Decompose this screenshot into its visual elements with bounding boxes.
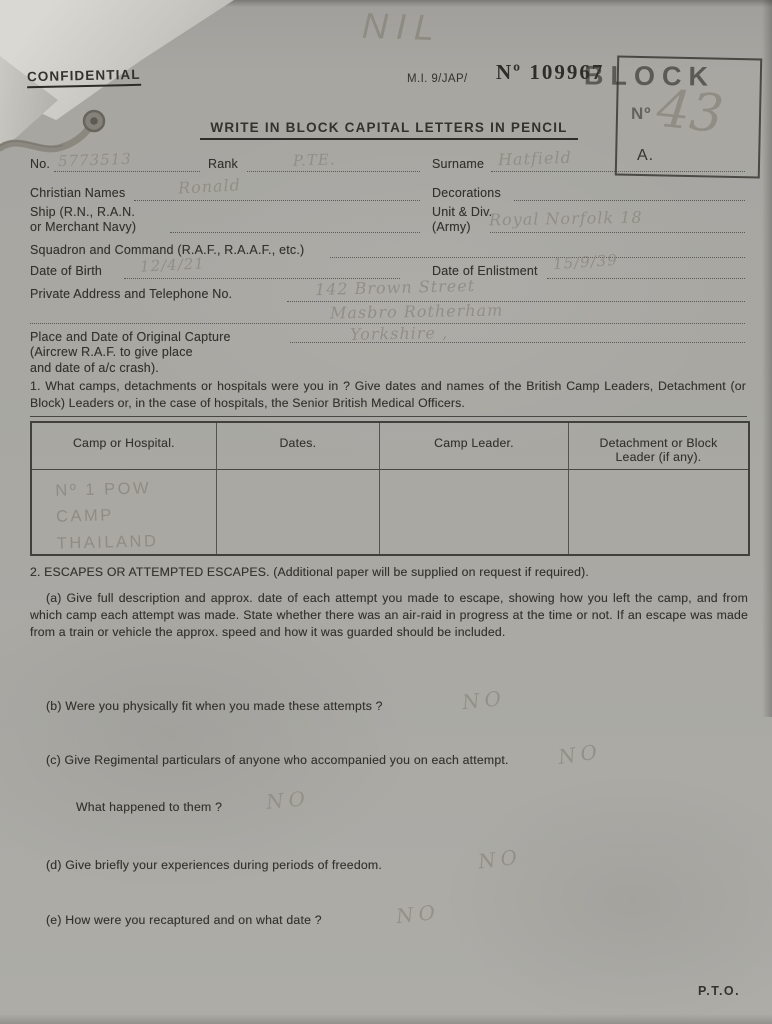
question-2c-label: (c) Give Regimental particulars of anyon… bbox=[46, 753, 509, 768]
answer-2c: NO bbox=[557, 739, 604, 769]
answer-2d: NO bbox=[477, 844, 524, 873]
address-value-line3: Yorkshire , bbox=[350, 323, 448, 344]
right-edge-shadow bbox=[762, 0, 772, 717]
question-2-heading: 2. ESCAPES OR ATTEMPTED ESCAPES. (Additi… bbox=[30, 564, 746, 581]
unit-div-line bbox=[490, 231, 745, 233]
surname-value: Hatfield bbox=[498, 148, 572, 170]
question-2e-label: (e) How were you recaptured and on what … bbox=[46, 913, 322, 928]
camp-entry-handwritten: Nº 1 POW CAMP THAILAND bbox=[31, 468, 217, 558]
rank-line bbox=[247, 170, 420, 172]
treasury-tag-string bbox=[0, 98, 150, 168]
question-2a-text: (a) Give full description and approx. da… bbox=[30, 590, 748, 641]
pto-marking: P.T.O. bbox=[698, 984, 740, 998]
question-2c2-label: What happened to them ? bbox=[76, 800, 222, 815]
address-line-1 bbox=[287, 300, 745, 302]
ship-line bbox=[170, 231, 420, 233]
decorations-line bbox=[514, 199, 745, 201]
answer-2e: NO bbox=[395, 900, 441, 928]
bottom-edge-shadow bbox=[0, 1014, 772, 1024]
ship-label: Ship (R.N., R.A.N. or Merchant Navy) bbox=[30, 205, 136, 236]
christian-names-value: Ronald bbox=[178, 175, 242, 197]
block-number-handwritten: 43 bbox=[654, 79, 726, 146]
unit-div-value: Royal Norfolk 18 bbox=[489, 208, 643, 230]
table-cell-dates bbox=[217, 470, 380, 554]
nil-annotation: NIL bbox=[361, 5, 442, 50]
table-header-detachment: Detachment or Block Leader (if any). bbox=[569, 423, 748, 470]
enlistment-line bbox=[547, 277, 745, 279]
table-header-camp: Camp or Hospital. bbox=[32, 423, 217, 470]
squadron-line bbox=[330, 256, 745, 258]
rank-value: P.TE. bbox=[293, 150, 336, 169]
table-cell-leader bbox=[380, 470, 569, 554]
christian-names-line bbox=[134, 199, 420, 201]
camps-table: Camp or Hospital. Dates. Camp Leader. De… bbox=[30, 421, 750, 556]
table-header-leader: Camp Leader. bbox=[380, 423, 569, 470]
unit-div-label: Unit & Div. (Army) bbox=[432, 205, 492, 236]
christian-names-label: Christian Names bbox=[30, 186, 125, 201]
service-number-line bbox=[54, 170, 200, 172]
rank-label: Rank bbox=[208, 157, 238, 172]
address-label: Private Address and Telephone No. bbox=[30, 287, 232, 302]
capture-label: Place and Date of Original Capture (Airc… bbox=[30, 330, 231, 376]
stamp-no-label: Nº bbox=[631, 104, 652, 124]
form-reference: M.I. 9/JAP/ bbox=[407, 73, 468, 85]
address-value-line1: 142 Brown Street bbox=[315, 276, 476, 299]
block-capitals-instruction: WRITE IN BLOCK CAPITAL LETTERS IN PENCIL bbox=[200, 120, 578, 140]
question-1-text: 1. What camps, detachments or hospitals … bbox=[30, 378, 746, 412]
question-2d-label: (d) Give briefly your experiences during… bbox=[46, 858, 382, 873]
date-of-birth-label: Date of Birth bbox=[30, 264, 102, 279]
address-value-line2: Masbro Rotherham bbox=[330, 300, 504, 322]
table-cell-camp: Nº 1 POW CAMP THAILAND bbox=[32, 470, 217, 554]
stamp-a-label: A. bbox=[637, 147, 654, 165]
answer-2b: NO bbox=[461, 686, 507, 714]
enlistment-value: 15/9/39 bbox=[552, 251, 618, 273]
table-header-dates: Dates. bbox=[217, 423, 380, 470]
confidential-marking: CONFIDENTIAL bbox=[27, 67, 141, 88]
decorations-label: Decorations bbox=[432, 186, 501, 201]
table-top-rule bbox=[30, 416, 747, 417]
answer-2c2: NO bbox=[265, 786, 311, 814]
question-2b-label: (b) Were you physically fit when you mad… bbox=[46, 699, 383, 714]
table-cell-detachment bbox=[569, 470, 748, 554]
date-of-birth-value: 12/4/21 bbox=[140, 254, 206, 275]
scanned-pow-questionnaire-page: NIL CONFIDENTIAL M.I. 9/JAP/ Nº 109967 B… bbox=[0, 0, 772, 1024]
surname-label: Surname bbox=[432, 157, 484, 172]
